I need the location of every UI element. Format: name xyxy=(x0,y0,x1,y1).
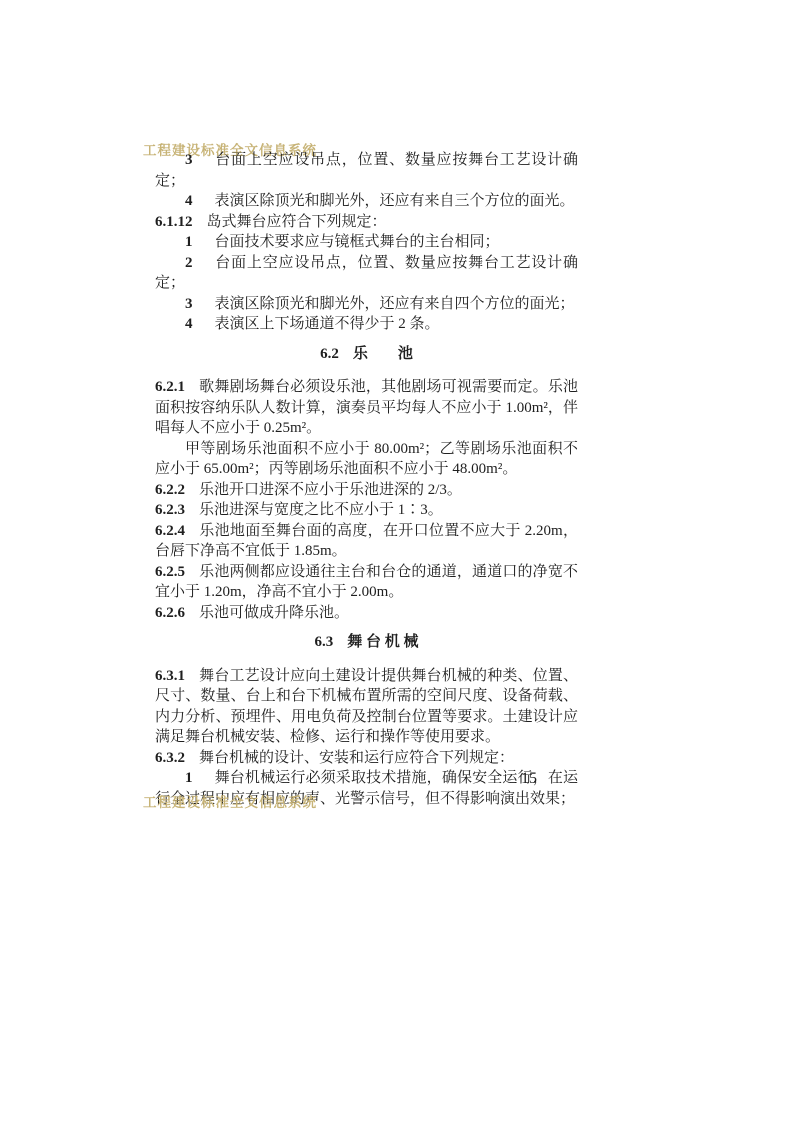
clause-number: 6.2.6 xyxy=(155,605,185,621)
clause-text: 舞台机械的设计、安装和运行应符合下列规定： xyxy=(199,750,514,766)
paragraph-text: 甲等剧场乐池面积不应小于 80.00m²；乙等剧场乐池面积不应小于 65.00m… xyxy=(155,441,578,478)
item-number: 4 xyxy=(185,193,193,209)
item-number: 4 xyxy=(185,316,193,332)
item-text: 台面上空应设吊点，位置、数量应按舞台工艺设计确定； xyxy=(155,152,578,189)
item-number: 1 xyxy=(185,770,193,786)
list-item: 2台面上空应设吊点，位置、数量应按舞台工艺设计确定； xyxy=(155,253,578,294)
clause-paragraph: 6.2.5乐池两侧都应设通往主台和台仓的通道，通道口的净宽不宜小于 1.20m，… xyxy=(155,562,578,603)
clause-number: 6.2.2 xyxy=(155,482,185,498)
section-heading-6-3: 6.3舞 台 机 械 xyxy=(155,632,578,653)
clause-paragraph: 6.2.3乐池进深与宽度之比不应小于 1∶3。 xyxy=(155,500,578,521)
clause-text: 乐池开口进深不应小于乐池进深的 2/3。 xyxy=(199,482,462,498)
section-title: 舞 台 机 械 xyxy=(347,634,418,650)
clause-number: 6.2.3 xyxy=(155,502,185,518)
section-number: 6.2 xyxy=(320,346,339,362)
list-item: 4表演区除顶光和脚光外，还应有来自三个方位的面光。 xyxy=(155,191,578,212)
item-number: 3 xyxy=(185,152,193,168)
clause-text: 岛式舞台应符合下列规定： xyxy=(207,214,387,230)
clause-paragraph: 6.1.12岛式舞台应符合下列规定： xyxy=(155,212,578,233)
item-number: 2 xyxy=(185,255,193,271)
clause-text: 乐池可做成升降乐池。 xyxy=(199,605,349,621)
clause-number: 6.3.2 xyxy=(155,750,185,766)
document-content: 3台面上空应设吊点，位置、数量应按舞台工艺设计确定； 4表演区除顶光和脚光外，还… xyxy=(155,150,578,809)
list-item: 4表演区上下场通道不得少于 2 条。 xyxy=(155,314,578,335)
clause-text: 舞台工艺设计应向土建设计提供舞台机械的种类、位置、尺寸、数量、台上和台下机械布置… xyxy=(155,668,578,746)
clause-paragraph: 6.3.2舞台机械的设计、安装和运行应符合下列规定： xyxy=(155,748,578,769)
item-text: 表演区除顶光和脚光外，还应有来自四个方位的面光； xyxy=(215,296,575,312)
list-item: 1台面技术要求应与镜框式舞台的主台相同； xyxy=(155,232,578,253)
clause-paragraph: 6.2.2乐池开口进深不应小于乐池进深的 2/3。 xyxy=(155,480,578,501)
clause-paragraph: 6.2.1歌舞剧场舞台必须设乐池，其他剧场可视需要而定。乐池面积按容纳乐队人数计… xyxy=(155,377,578,439)
list-item: 3台面上空应设吊点，位置、数量应按舞台工艺设计确定； xyxy=(155,150,578,191)
clause-paragraph: 6.2.4乐池地面至舞台面的高度，在开口位置不应大于 2.20m，台唇下净高不宜… xyxy=(155,521,578,562)
clause-paragraph: 6.2.6乐池可做成升降乐池。 xyxy=(155,603,578,624)
clause-text: 乐池两侧都应设通往主台和台仓的通道，通道口的净宽不宜小于 1.20m，净高不宜小… xyxy=(155,564,578,601)
clause-number: 6.2.4 xyxy=(155,523,185,539)
item-text: 表演区上下场通道不得少于 2 条。 xyxy=(215,316,440,332)
item-text: 台面技术要求应与镜框式舞台的主台相同； xyxy=(215,234,500,250)
document-page: 工程建设标准全文信息系统 3台面上空应设吊点，位置、数量应按舞台工艺设计确定； … xyxy=(0,0,800,1131)
watermark-footer: 工程建设标准全文信息系统 xyxy=(143,791,317,811)
clause-text: 乐池进深与宽度之比不应小于 1∶3。 xyxy=(199,502,443,518)
page-number: 15 xyxy=(521,770,537,788)
item-text: 表演区除顶光和脚光外，还应有来自三个方位的面光。 xyxy=(215,193,575,209)
item-number: 3 xyxy=(185,296,193,312)
clause-number: 6.2.1 xyxy=(155,379,185,395)
clause-paragraph: 6.3.1舞台工艺设计应向土建设计提供舞台机械的种类、位置、尺寸、数量、台上和台… xyxy=(155,666,578,748)
section-heading-6-2: 6.2乐 池 xyxy=(155,344,578,365)
item-number: 1 xyxy=(185,234,193,250)
clause-number: 6.1.12 xyxy=(155,214,193,230)
body-paragraph: 甲等剧场乐池面积不应小于 80.00m²；乙等剧场乐池面积不应小于 65.00m… xyxy=(155,439,578,480)
section-number: 6.3 xyxy=(314,634,333,650)
clause-number: 6.2.5 xyxy=(155,564,185,580)
clause-text: 歌舞剧场舞台必须设乐池，其他剧场可视需要而定。乐池面积按容纳乐队人数计算，演奏员… xyxy=(155,379,578,436)
clause-number: 6.3.1 xyxy=(155,668,185,684)
item-text: 台面上空应设吊点，位置、数量应按舞台工艺设计确定； xyxy=(155,255,578,292)
section-title: 乐 池 xyxy=(353,346,413,362)
list-item: 3表演区除顶光和脚光外，还应有来自四个方位的面光； xyxy=(155,294,578,315)
clause-text: 乐池地面至舞台面的高度，在开口位置不应大于 2.20m，台唇下净高不宜低于 1.… xyxy=(155,523,578,560)
